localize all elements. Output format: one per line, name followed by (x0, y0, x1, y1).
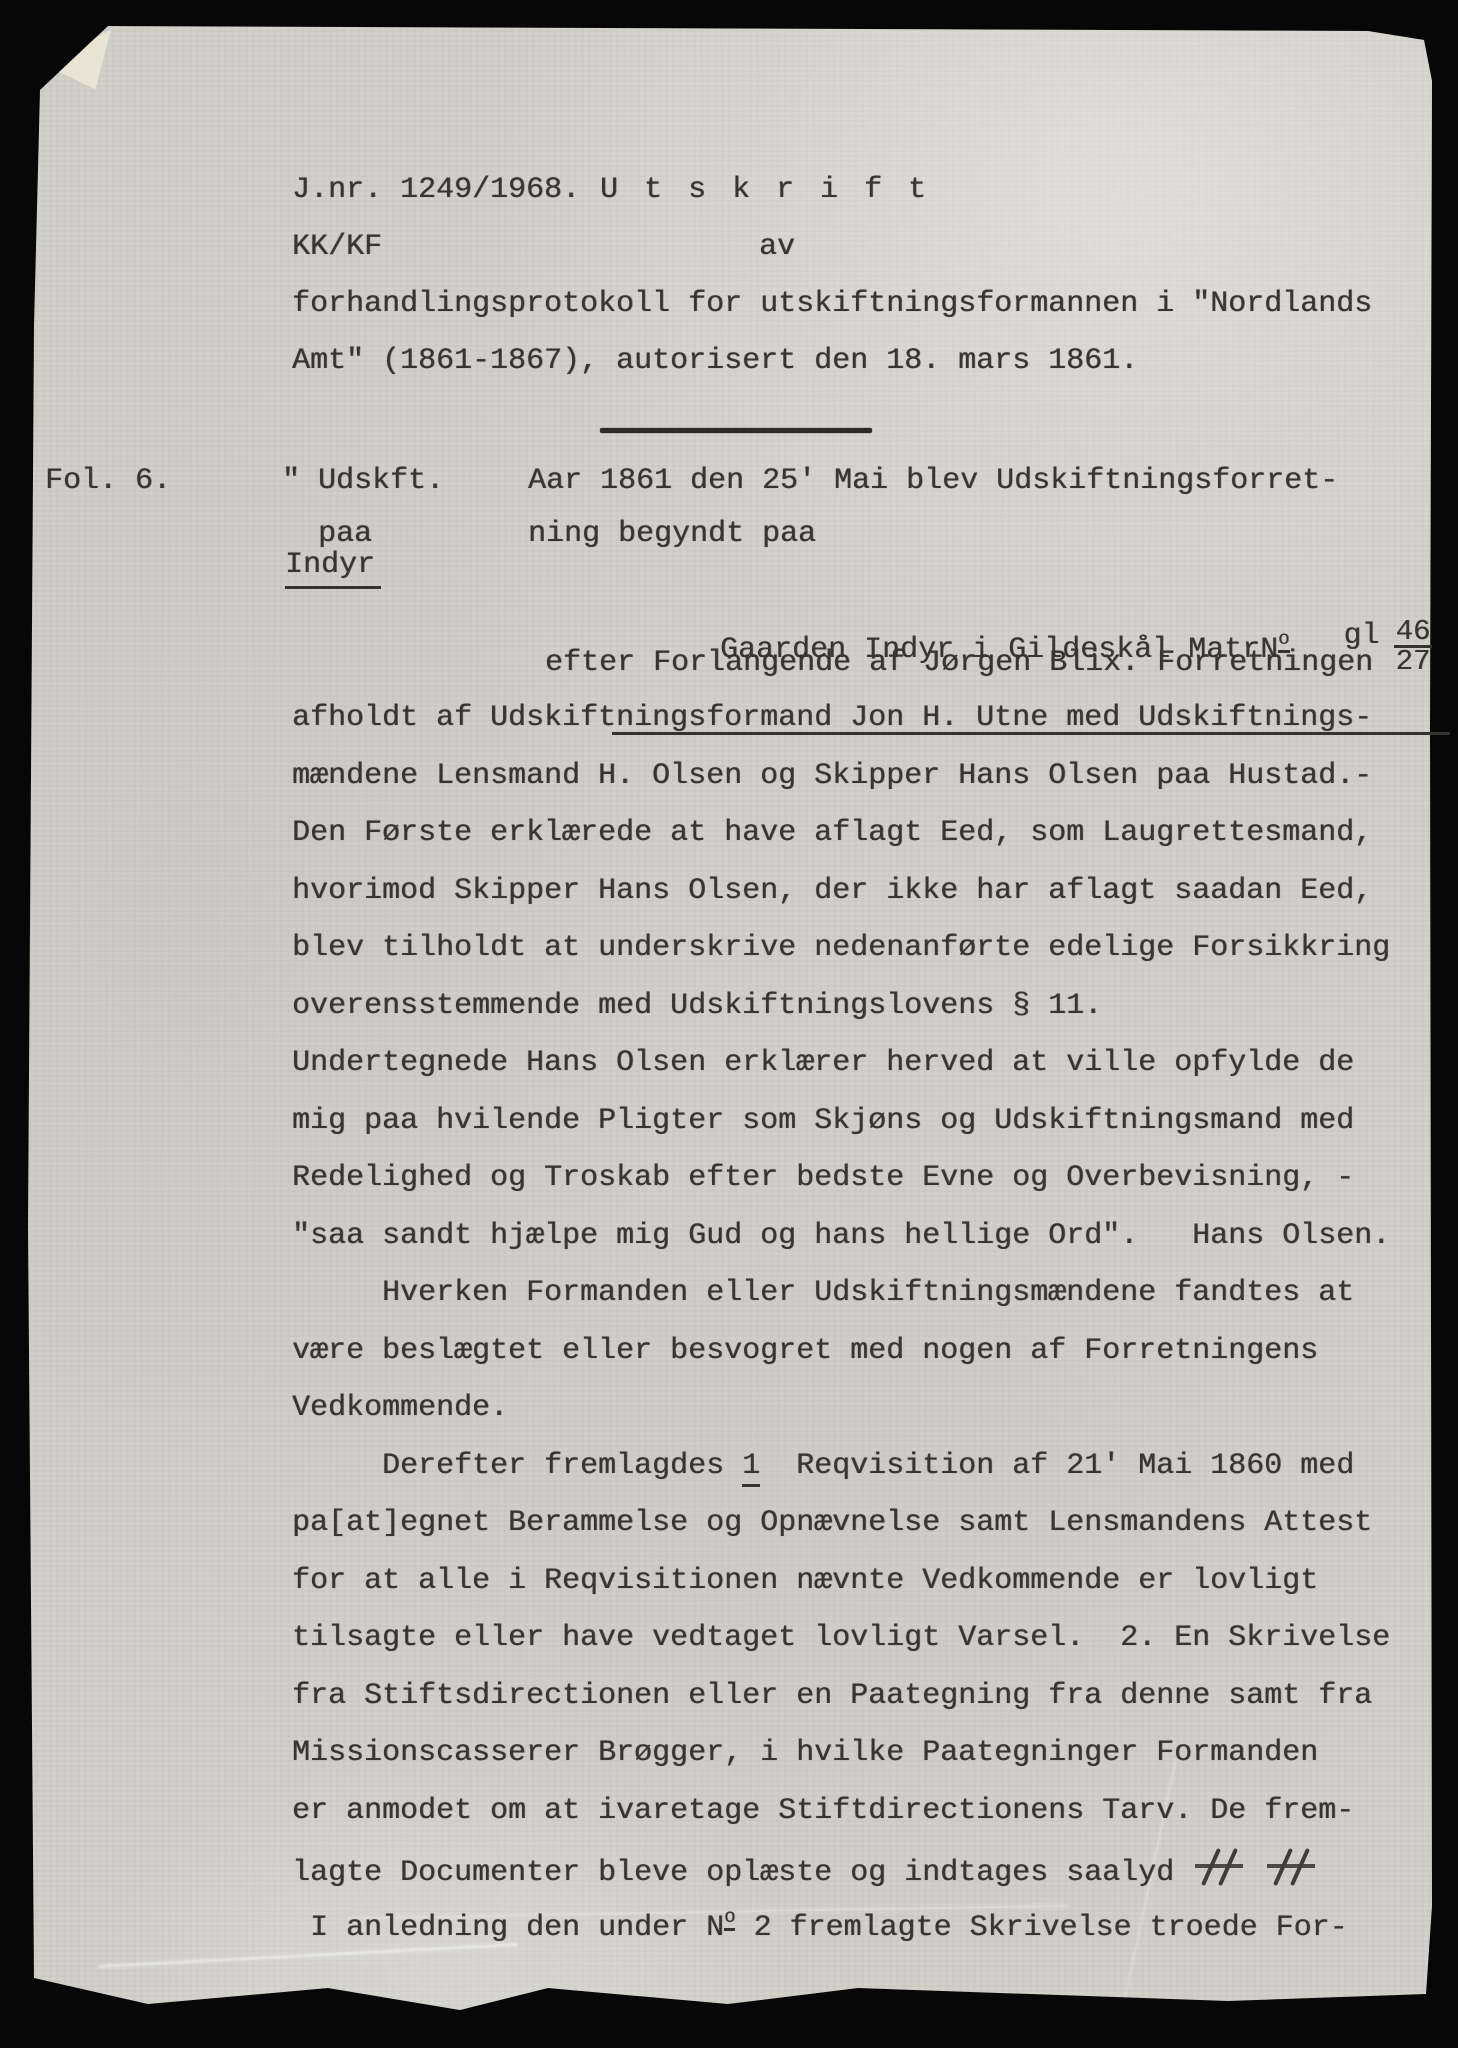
text-segment: "saa sandt hjælpe mig Gud og hans hellig… (292, 1219, 1390, 1253)
opening-line2: ning begyndt paa (528, 516, 816, 552)
body-line: blev tilholdt at underskrive nedenanført… (292, 930, 1390, 966)
body-line: Vedkommende. (292, 1390, 508, 1426)
text-segment: fra Stiftsdirectionen eller en Paategnin… (292, 1679, 1372, 1713)
matrikkel-number-old: 27 (1394, 648, 1433, 675)
matrikkel-number-new: 46 (1394, 618, 1433, 648)
opening-line3: efter Forlangende af Jørgen Blix. Forret… (545, 645, 1373, 681)
handwritten-ditto-mark (1195, 1850, 1243, 1886)
body-line: tilsagte eller have vedtaget lovligt Var… (292, 1620, 1390, 1656)
side-note-line1: " Udskft. (282, 463, 444, 499)
text-segment: 2 fremlagte Skrivelse troede For- (735, 1911, 1347, 1945)
folio-margin-note: Fol. 6. (45, 463, 171, 499)
text-segment: afholdt af Udskiftningsformand Jon H. Ut… (292, 701, 1372, 735)
journal-number: J.nr. 1249/1968. (292, 172, 580, 208)
matrikkel-fraction: 4627 (1394, 618, 1433, 675)
body-line: hvorimod Skipper Hans Olsen, der ikke ha… (292, 873, 1372, 909)
separator-rule (600, 428, 872, 433)
clerk-initials: KK/KF (292, 229, 382, 265)
text-segment: Derefter fremlagdes (292, 1449, 742, 1483)
header-of-word: av (759, 229, 795, 265)
body-line: fra Stiftsdirectionen eller en Paategnin… (292, 1678, 1372, 1714)
body-line: Missionscasserer Brøgger, i hvilke Paate… (292, 1735, 1318, 1771)
text-segment: er anmodet om at ivaretage Stiftdirectio… (292, 1794, 1354, 1828)
body-line: I anledning den under No 2 fremlagte Skr… (292, 1908, 1348, 1946)
scanned-page-background: J.nr. 1249/1968. U t s k r i f t KK/KF a… (0, 0, 1458, 2048)
text-segment: Hverken Formanden eller Udskiftningsmænd… (292, 1276, 1354, 1310)
side-note-place-name: Indyr (285, 547, 381, 589)
typewritten-text-layer: J.nr. 1249/1968. U t s k r i f t KK/KF a… (0, 0, 1458, 2048)
opening-line1: Aar 1861 den 25' Mai blev Udskiftningsfo… (528, 463, 1338, 499)
text-segment: o (724, 1906, 735, 1931)
header-description-line1: forhandlingsprotokoll for utskiftningsfo… (292, 286, 1372, 322)
document-type-heading: U t s k r i f t (600, 172, 930, 208)
text-segment (1246, 1856, 1264, 1890)
body-line: lagte Documenter bleve oplæste og indtag… (292, 1850, 1318, 1891)
text-segment: blev tilholdt at underskrive nedenanført… (292, 931, 1390, 965)
body-line: Undertegnede Hans Olsen erklærer herved … (292, 1045, 1354, 1081)
text-segment: for at alle i Reqvisitionen nævnte Vedko… (292, 1564, 1318, 1598)
text-segment: mændene Lensmand H. Olsen og Skipper Han… (292, 759, 1372, 793)
body-line: Hverken Formanden eller Udskiftningsmænd… (292, 1275, 1354, 1311)
text-segment: 1 (742, 1449, 760, 1487)
body-line: Derefter fremlagdes 1 Reqvisition af 21'… (292, 1448, 1354, 1484)
handwritten-ditto-mark (1267, 1850, 1315, 1886)
body-line: pa[at]egnet Berammelse og Opnævnelse sam… (292, 1505, 1372, 1541)
text-segment: Reqvisition af 21' Mai 1860 med (760, 1449, 1354, 1483)
text-segment: hvorimod Skipper Hans Olsen, der ikke ha… (292, 874, 1372, 908)
body-line: er anmodet om at ivaretage Stiftdirectio… (292, 1793, 1354, 1829)
text-segment: I anledning den under N (292, 1911, 724, 1945)
text-segment: tilsagte eller have vedtaget lovligt Var… (292, 1621, 1390, 1655)
text-segment: Redelighed og Troskab efter bedste Evne … (292, 1161, 1354, 1195)
body-line: for at alle i Reqvisitionen nævnte Vedko… (292, 1563, 1318, 1599)
body-line: afholdt af Udskiftningsformand Jon H. Ut… (292, 700, 1372, 736)
text-segment: Vedkommende. (292, 1391, 508, 1425)
text-segment: lagte Documenter bleve oplæste og indtag… (292, 1856, 1192, 1890)
body-line: Den Første erklærede at have aflagt Eed,… (292, 815, 1372, 851)
text-segment: Missionscasserer Brøgger, i hvilke Paate… (292, 1736, 1318, 1770)
header-description-line2: Amt" (1861-1867), autorisert den 18. mar… (292, 343, 1138, 379)
text-segment: være beslægtet eller besvogret med nogen… (292, 1334, 1318, 1368)
body-line: "saa sandt hjælpe mig Gud og hans hellig… (292, 1218, 1390, 1254)
body-line: Redelighed og Troskab efter bedste Evne … (292, 1160, 1354, 1196)
text-segment: overensstemmende med Udskiftningslovens … (292, 989, 1102, 1023)
text-segment: Undertegnede Hans Olsen erklærer herved … (292, 1046, 1354, 1080)
body-line: mændene Lensmand H. Olsen og Skipper Han… (292, 758, 1372, 794)
text-segment: pa[at]egnet Berammelse og Opnævnelse sam… (292, 1506, 1372, 1540)
body-line: mig paa hvilende Pligter som Skjøns og U… (292, 1103, 1354, 1139)
text-segment: mig paa hvilende Pligter som Skjøns og U… (292, 1104, 1354, 1138)
body-line: overensstemmende med Udskiftningslovens … (292, 988, 1102, 1024)
text-segment: Den Første erklærede at have aflagt Eed,… (292, 816, 1372, 850)
body-line: være beslægtet eller besvogret med nogen… (292, 1333, 1318, 1369)
